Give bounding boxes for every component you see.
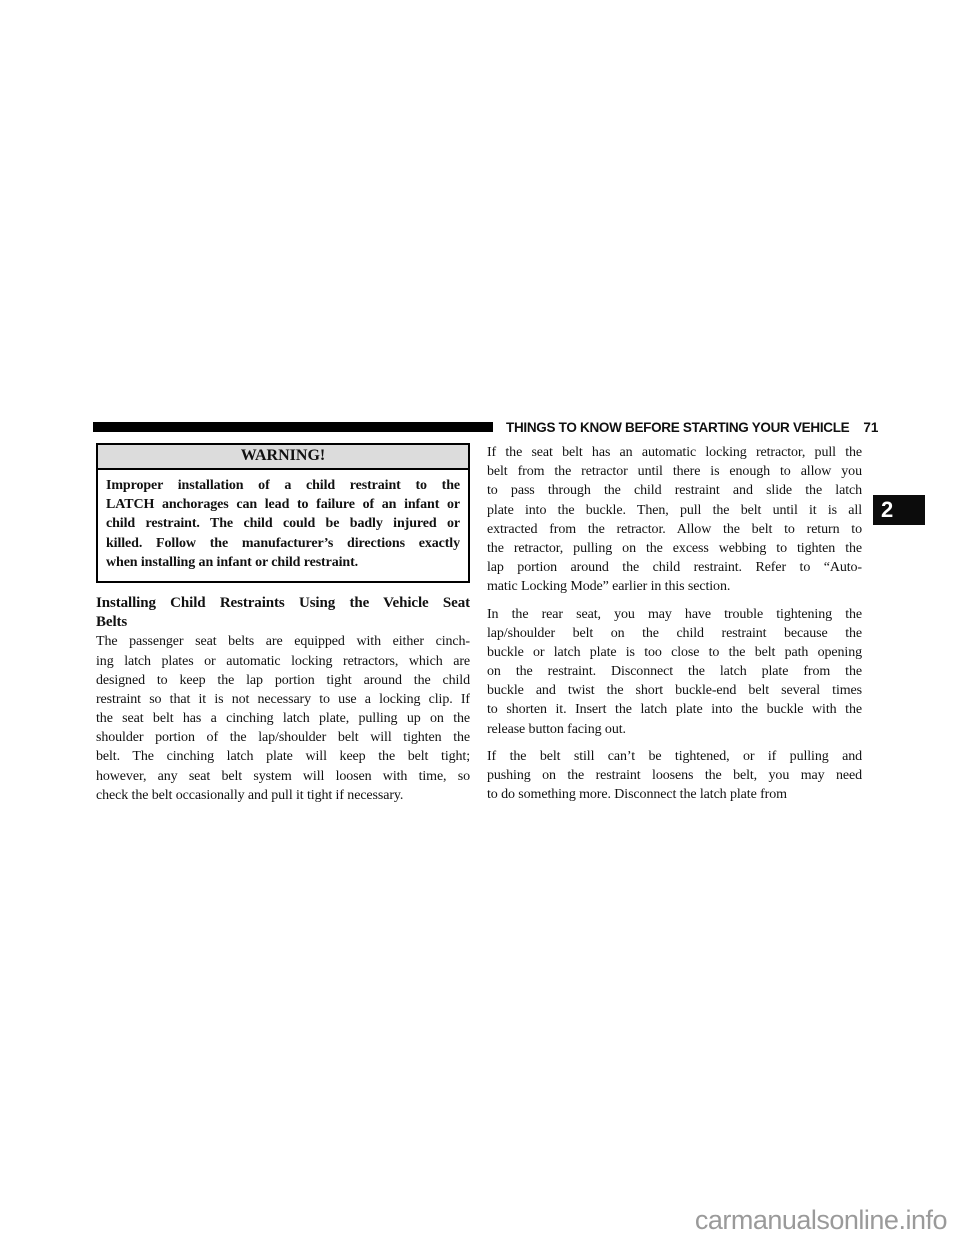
header-rule-bar — [93, 422, 493, 432]
left-body-paragraph: The passenger seat belts are equipped wi… — [96, 632, 470, 805]
text-line: restraint so that it is not necessary to… — [96, 690, 470, 709]
text-line: the seat belt has a cinching latch plate… — [96, 709, 470, 728]
text-line: Installing Child Restraints Using the Ve… — [96, 594, 470, 613]
left-column: WARNING! Improper installation of a chil… — [96, 443, 470, 805]
chapter-tab: 2 — [873, 495, 925, 525]
text-line: killed. Follow the manufacturer’s direct… — [106, 534, 460, 553]
text-line: lap portion around the child restraint. … — [487, 558, 862, 577]
text-line: designed to keep the lap portion tight a… — [96, 671, 470, 690]
text-line: The passenger seat belts are equipped wi… — [96, 632, 470, 651]
text-line: release button facing out. — [487, 720, 862, 739]
text-line: however, any seat belt system will loose… — [96, 767, 470, 786]
watermark-text: carmanualsonline.info — [695, 1205, 947, 1236]
text-line: child restraint. The child could be badl… — [106, 514, 460, 533]
warning-body: Improper installation of a child restrai… — [98, 470, 468, 581]
page-number: 71 — [863, 420, 878, 435]
warning-box: WARNING! Improper installation of a chil… — [96, 443, 470, 583]
section-heading: Installing Child Restraints Using the Ve… — [96, 594, 470, 632]
text-line: to pass through the child restraint and … — [487, 481, 862, 500]
chapter-tab-number: 2 — [881, 497, 893, 523]
text-line: belt. The cinching latch plate will keep… — [96, 747, 470, 766]
text-line: LATCH anchorages can lead to failure of … — [106, 495, 460, 514]
text-line: extracted from the retractor. Allow the … — [487, 520, 862, 539]
text-line: to do something more. Disconnect the lat… — [487, 785, 862, 804]
text-line: check the belt occasionally and pull it … — [96, 786, 470, 805]
text-line: If the seat belt has an automatic lockin… — [487, 443, 862, 462]
text-line: plate into the buckle. Then, pull the be… — [487, 501, 862, 520]
text-line: buckle or latch plate is too close to th… — [487, 643, 862, 662]
text-line: matic Locking Mode” earlier in this sect… — [487, 577, 862, 596]
text-line: Improper installation of a child restrai… — [106, 476, 460, 495]
right-column: If the seat belt has an automatic lockin… — [487, 443, 862, 804]
text-line: In the rear seat, you may have trouble t… — [487, 605, 862, 624]
text-line: buckle and twist the short buckle-end be… — [487, 681, 862, 700]
text-line: Belts — [96, 613, 470, 632]
running-header: THINGS TO KNOW BEFORE STARTING YOUR VEHI… — [93, 420, 866, 434]
text-line: pushing on the restraint loosens the bel… — [487, 766, 862, 785]
text-line: to shorten it. Insert the latch plate in… — [487, 700, 862, 719]
warning-title: WARNING! — [98, 445, 468, 470]
text-line: If the belt still can’t be tightened, or… — [487, 747, 862, 766]
text-line: belt from the retractor until there is e… — [487, 462, 862, 481]
text-line: lap/shoulder belt on the child restraint… — [487, 624, 862, 643]
text-line: on the restraint. Disconnect the latch p… — [487, 662, 862, 681]
text-line: shoulder portion of the lap/shoulder bel… — [96, 728, 470, 747]
manual-page: THINGS TO KNOW BEFORE STARTING YOUR VEHI… — [0, 0, 960, 1242]
right-paragraph-1: If the seat belt has an automatic lockin… — [487, 443, 862, 597]
text-line: the retractor, pulling on the excess web… — [487, 539, 862, 558]
text-line: ing latch plates or automatic locking re… — [96, 652, 470, 671]
right-paragraph-2: In the rear seat, you may have trouble t… — [487, 605, 862, 739]
right-paragraph-3: If the belt still can’t be tightened, or… — [487, 747, 862, 805]
text-line: when installing an infant or child restr… — [106, 553, 460, 572]
chapter-title: THINGS TO KNOW BEFORE STARTING YOUR VEHI… — [506, 420, 849, 435]
